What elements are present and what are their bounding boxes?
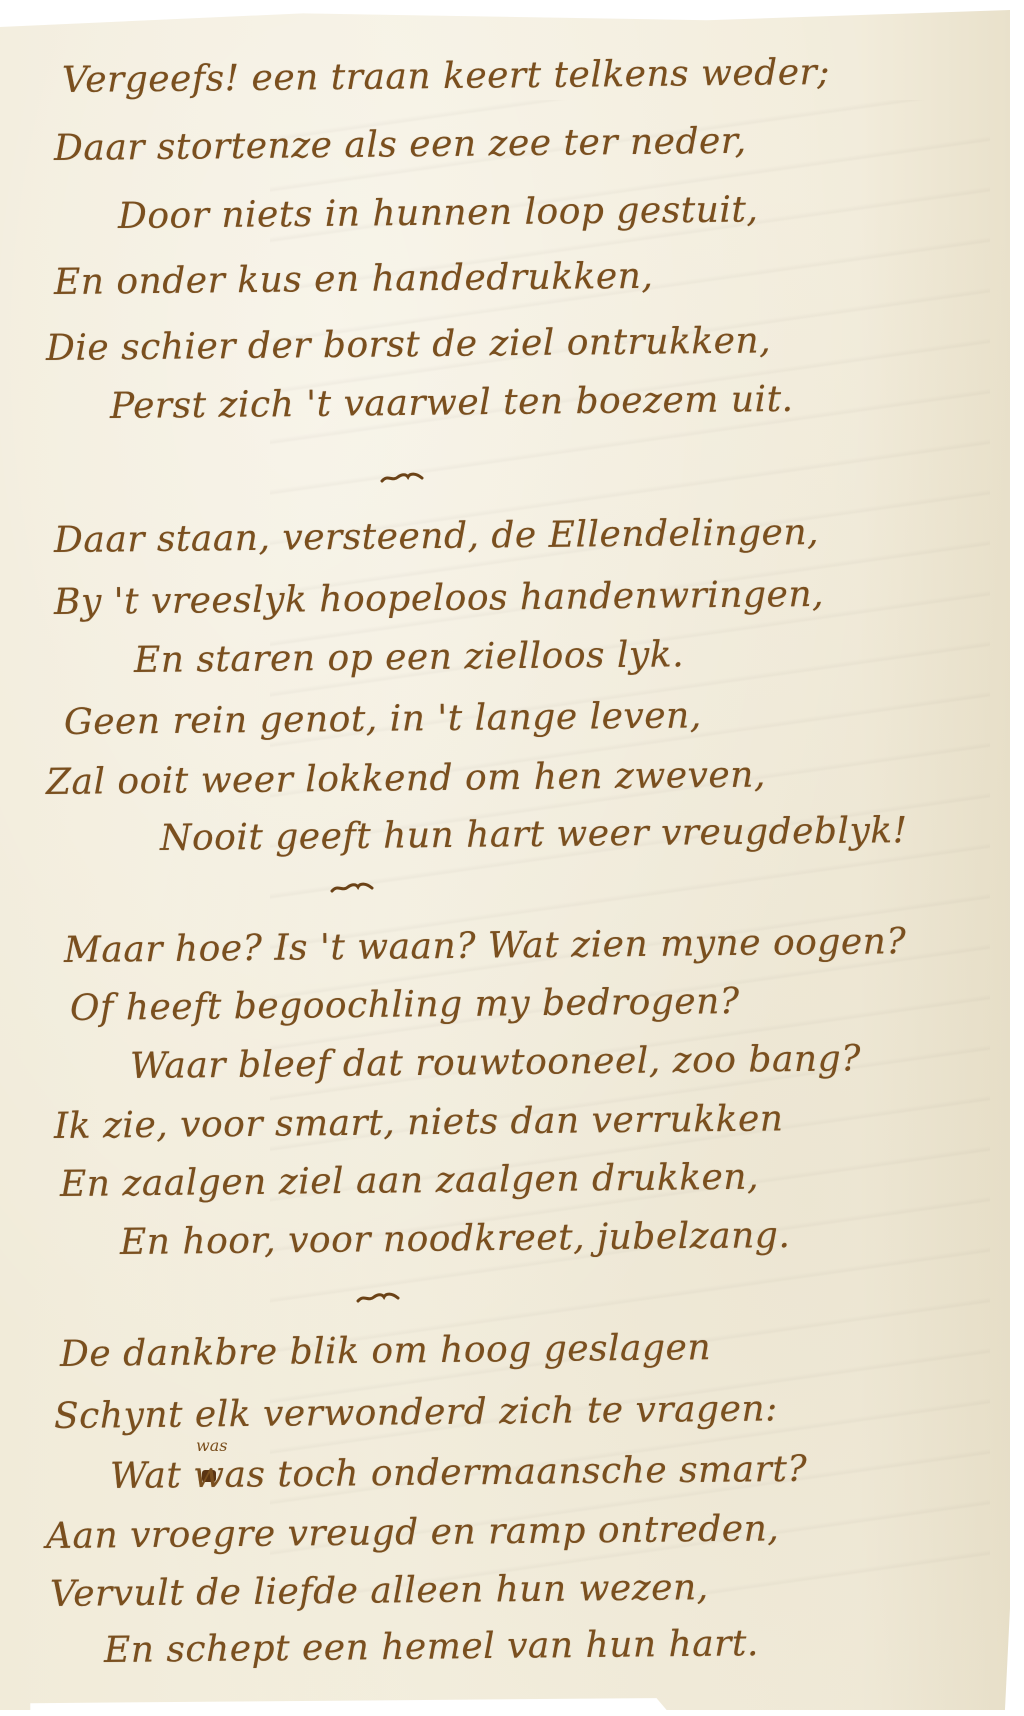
interlinear-correction: was [196, 1436, 227, 1455]
flourish-icon [380, 470, 424, 484]
poem-line: Ik zie, voor smart, niets dan verrukken [54, 1098, 784, 1147]
poem-line: Waar bleef dat rouwtooneel, zoo bang? [130, 1038, 861, 1087]
flourish-icon [330, 880, 374, 894]
poem-line: Maar hoe? Is 't waan? Wat zien myne ooge… [64, 921, 907, 971]
poem-line: Aan vroegre vreugd en ramp ontreden, [46, 1508, 780, 1557]
poem-line: Wat was toch ondermaansche smart? [110, 1449, 808, 1497]
stanza-separator [380, 470, 424, 484]
poem-line: De dankbre blik om hoog geslagen [60, 1327, 711, 1375]
poem-line: Schynt elk verwonderd zich te vragen: [54, 1388, 778, 1437]
poem: Vergeefs! een traan keert telkens weder;… [0, 0, 1024, 1716]
poem-line: By 't vreeslyk hoopeloos handenwringen, [54, 574, 824, 623]
poem-line: Vervult de liefde alleen hun wezen, [50, 1567, 709, 1615]
poem-line: En zaalgen ziel aan zaalgen drukken, [60, 1157, 759, 1205]
poem-line: Vergeefs! een traan keert telkens weder; [62, 52, 830, 101]
poem-line: En staren op een zielloos lyk. [134, 634, 684, 681]
poem-line: En schept een hemel van hun hart. [104, 1623, 759, 1671]
poem-line: Geen rein genot, in 't lange leven, [64, 695, 702, 743]
stanza-separator [330, 880, 374, 894]
poem-line: En onder kus en handedrukken, [54, 256, 654, 303]
poem-line: Zal ooit weer lokkend om hen zweven, [46, 754, 766, 803]
poem-line: Die schier der borst de ziel ontrukken, [46, 320, 771, 369]
poem-line: Door niets in hunnen loop gestuit, [118, 189, 759, 237]
poem-line: En hoor, voor noodkreet, jubelzang. [120, 1215, 791, 1263]
flourish-icon [356, 1290, 400, 1304]
poem-line: Perst zich 't vaarwel ten boezem uit. [110, 379, 794, 427]
poem-line: Of heeft begoochling my bedrogen? [70, 981, 740, 1029]
poem-line: Daar staan, versteend, de Ellendelingen, [54, 512, 819, 561]
poem-line: Nooit geeft hun hart weer vreugdeblyk! [160, 810, 908, 859]
poem-line: Daar stortenze als een zee ter neder, [54, 121, 747, 169]
stanza-separator [356, 1290, 400, 1304]
